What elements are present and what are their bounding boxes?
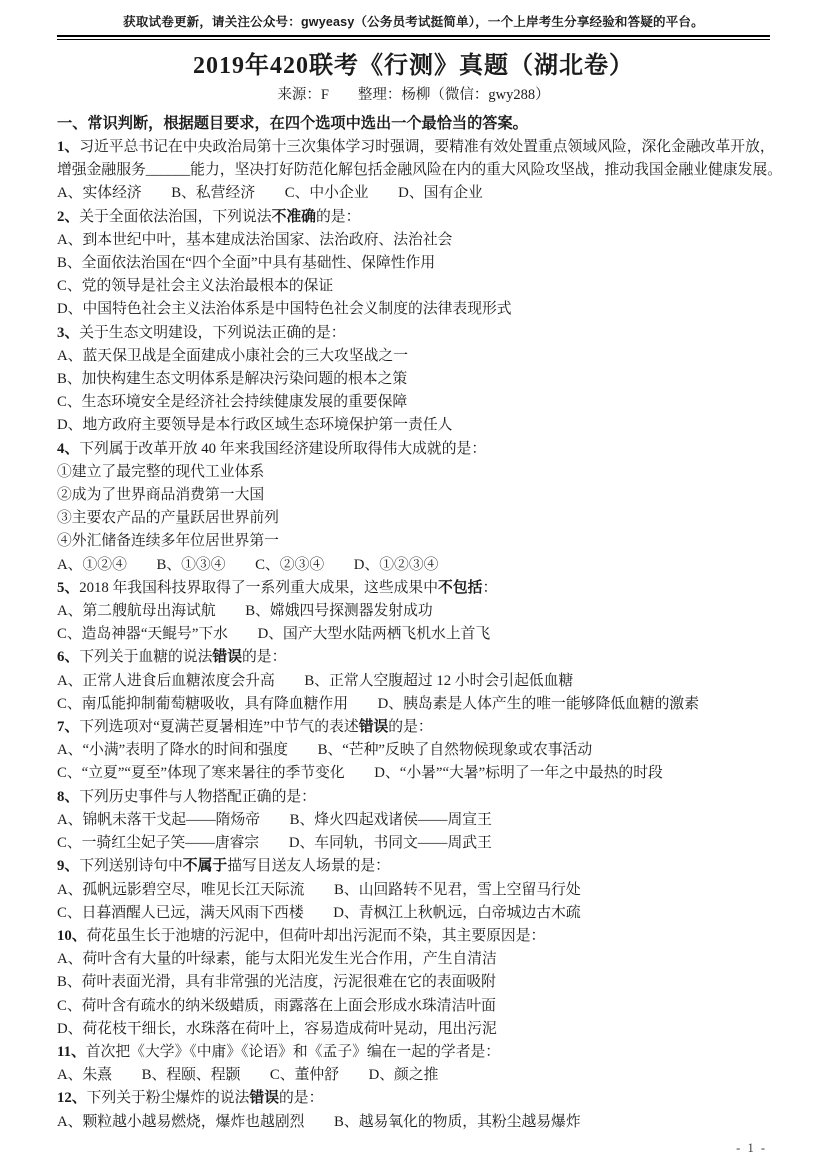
question-10-line: 10、荷花虽生长于池塘的污泥中，但荷叶却出污泥而不染，其主要原因是：: [57, 925, 770, 948]
question-4-line: A、①②④ B、①③④ C、②③④ D、①②③④: [57, 554, 770, 577]
page-number: - 1 -: [736, 1141, 767, 1156]
question-10-line: A、荷叶含有大量的叶绿素，能与太阳光发生光合作用，产生自清洁: [57, 948, 770, 971]
question-6-line: 6、下列关于血糖的说法错误的是：: [57, 646, 770, 669]
question-5-line: A、第二艘航母出海试航 B、嫦娥四号探测器发射成功: [57, 600, 770, 623]
section-heading: 一、常识判断，根据题目要求，在四个选项中选出一个最恰当的答案。: [57, 112, 770, 136]
question-1-line: A、实体经济 B、私营经济 C、中小企业 D、国有企业: [57, 182, 770, 205]
question-10-line: D、荷花枝干细长，水珠落在荷叶上，容易造成荷叶晃动，甩出污泥: [57, 1018, 770, 1041]
question-3-line: B、加快构建生态文明体系是解决污染问题的根本之策: [57, 368, 770, 391]
question-7-line: 7、下列选项对“夏满芒夏暑相连”中节气的表述错误的是：: [57, 716, 770, 739]
question-4-line: ③主要农产品的产量跃居世界前列: [57, 507, 770, 530]
question-3-line: A、蓝天保卫战是全面建成小康社会的三大攻坚战之一: [57, 345, 770, 368]
questions-list: 1、习近平总书记在中央政治局第十三次集体学习时强调，要精准有效处置重点领域风险，…: [57, 136, 770, 1134]
source-subtitle: 来源：F 整理：杨柳（微信：gwy288）: [57, 85, 770, 105]
question-11-line: 11、首次把《大学》《中庸》《论语》和《孟子》编在一起的学者是：: [57, 1041, 770, 1064]
question-3-line: 3、关于生态文明建设，下列说法正确的是：: [57, 322, 770, 345]
question-10-line: B、荷叶表面光滑，具有非常强的光洁度，污泥很难在它的表面吸附: [57, 971, 770, 994]
header-notice: 获取试卷更新，请关注公众号：gwyeasy（公务员考试挺简单），一个上岸考生分享…: [57, 14, 770, 31]
question-6-line: C、南瓜能抑制葡萄糖吸收，具有降血糖作用 D、胰岛素是人体产生的唯一能够降低血糖…: [57, 693, 770, 716]
question-3-line: D、地方政府主要领导是本行政区域生态环境保护第一责任人: [57, 414, 770, 437]
question-8-line: 8、下列历史事件与人物搭配正确的是：: [57, 786, 770, 809]
question-4-line: ②成为了世界商品消费第一大国: [57, 484, 770, 507]
question-7-line: A、“小满”表明了降水的时间和强度 B、“芒种”反映了自然物候现象或农事活动: [57, 739, 770, 762]
question-1-line: 1、习近平总书记在中央政治局第十三次集体学习时强调，要精准有效处置重点领域风险，…: [57, 136, 770, 159]
question-9-line: A、孤帆远影碧空尽，唯见长江天际流 B、山回路转不见君，雪上空留马行处: [57, 879, 770, 902]
question-2-line: 2、关于全面依法治国，下列说法不准确的是：: [57, 206, 770, 229]
question-5-line: 5、2018 年我国科技界取得了一系列重大成果，这些成果中不包括：: [57, 577, 770, 600]
question-7-line: C、“立夏”“夏至”体现了寒来暑往的季节变化 D、“小暑”“大暑”标明了一年之中…: [57, 762, 770, 785]
question-12-line: 12、下列关于粉尘爆炸的说法错误的是：: [57, 1087, 770, 1110]
question-4-line: ①建立了最完整的现代工业体系: [57, 461, 770, 484]
question-2-line: B、全面依法治国在“四个全面”中具有基础性、保障性作用: [57, 252, 770, 275]
question-5-line: C、造岛神器“天鲲号”下水 D、国产大型水陆两栖飞机水上首飞: [57, 623, 770, 646]
question-8-line: C、一骑红尘妃子笑——唐睿宗 D、车同轨，书同文——周武王: [57, 832, 770, 855]
header-divider: [57, 35, 770, 40]
question-2-line: A、到本世纪中叶，基本建成法治国家、法治政府、法治社会: [57, 229, 770, 252]
question-8-line: A、锦帆未落干戈起——隋炀帝 B、烽火四起戏诸侯——周宣王: [57, 809, 770, 832]
question-3-line: C、生态环境安全是经济社会持续健康发展的重要保障: [57, 391, 770, 414]
page-title: 2019年420联考《行测》真题（湖北卷）: [57, 51, 770, 81]
question-1-line: 增强金融服务______能力，坚决打好防范化解包括金融风险在内的重大风险攻坚战，…: [57, 159, 770, 182]
question-2-line: C、党的领导是社会主义法治最根本的保证: [57, 275, 770, 298]
question-4-line: 4、下列属于改革开放 40 年来我国经济建设所取得伟大成就的是：: [57, 438, 770, 461]
question-10-line: C、荷叶含有疏水的纳米级蜡质，雨露落在上面会形成水珠清洁叶面: [57, 995, 770, 1018]
question-9-line: C、日暮酒醒人已远，满天风雨下西楼 D、青枫江上秋帆远，白帝城边古木疏: [57, 902, 770, 925]
question-11-line: A、朱熹 B、程颐、程颢 C、董仲舒 D、颜之推: [57, 1064, 770, 1087]
exam-page: 获取试卷更新，请关注公众号：gwyeasy（公务员考试挺简单），一个上岸考生分享…: [0, 0, 827, 1169]
question-6-line: A、正常人进食后血糖浓度会升高 B、正常人空腹超过 12 小时会引起低血糖: [57, 670, 770, 693]
question-2-line: D、中国特色社会主义法治体系是中国特色社会义制度的法律表现形式: [57, 298, 770, 321]
question-4-line: ④外汇储备连续多年位居世界第一: [57, 530, 770, 553]
question-9-line: 9、下列送别诗句中不属于描写目送友人场景的是：: [57, 855, 770, 878]
question-12-line: A、颗粒越小越易燃烧，爆炸也越剧烈 B、越易氧化的物质，其粉尘越易爆炸: [57, 1111, 770, 1134]
